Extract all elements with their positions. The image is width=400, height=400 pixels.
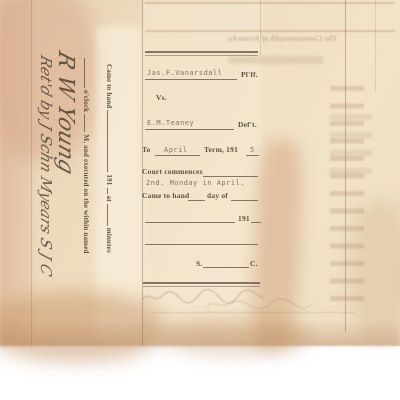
bleed-through-rule bbox=[150, 312, 355, 313]
date-blank bbox=[145, 222, 235, 223]
day-of-label: day of bbox=[207, 191, 228, 200]
return-line-1: Came to hand191atminutes bbox=[105, 64, 114, 253]
term-month-typed: April bbox=[164, 146, 188, 154]
signature-blank bbox=[145, 244, 258, 245]
sheriff-c-label: C. bbox=[250, 259, 258, 268]
return-came-to-hand: Came to hand bbox=[105, 64, 113, 108]
form-top-rule bbox=[145, 51, 258, 53]
term-month-underline bbox=[155, 155, 200, 156]
bleed-through-text-block bbox=[330, 114, 372, 184]
form-bottom-rule-2 bbox=[143, 286, 260, 287]
year-prefix-label: 191 bbox=[238, 214, 250, 223]
return-minutes: minutes bbox=[105, 228, 113, 253]
return-blank-5 bbox=[84, 114, 91, 132]
plaintiff-name-typed: Jas.F.Vanarsdall bbox=[147, 69, 222, 77]
court-commences-label: Court commences bbox=[142, 167, 203, 176]
form-top-rule-2 bbox=[145, 55, 258, 56]
to-label: To bbox=[142, 145, 150, 154]
return-blank-1 bbox=[107, 110, 114, 172]
form-bottom-rule bbox=[143, 282, 260, 284]
plaintiff-underline bbox=[145, 79, 237, 80]
return-blank-2 bbox=[107, 188, 114, 194]
return-blank-3 bbox=[107, 204, 114, 226]
day-of-blank bbox=[231, 200, 258, 201]
year-blank bbox=[251, 222, 261, 223]
bleed-through-heading: The Commonwealth of Kentucky, bbox=[214, 34, 350, 43]
stain-bottom-middle bbox=[160, 316, 310, 356]
court-commences-typed: 2nd. Monday in April. bbox=[146, 179, 245, 187]
crease-line-top-right bbox=[375, 0, 376, 92]
return-at: at bbox=[105, 196, 113, 202]
court-commences-underline bbox=[203, 176, 258, 177]
crease-line-top bbox=[260, 0, 261, 56]
term-year-underline bbox=[246, 155, 259, 156]
handwriting-text-1: R W Young bbox=[53, 48, 78, 178]
return-line-2: o'clockM. and executed on the within nam… bbox=[82, 56, 91, 254]
plaintiff-label: Pl'ff. bbox=[241, 70, 258, 79]
return-blank-4 bbox=[84, 58, 91, 88]
bleed-through-handwriting-2 bbox=[205, 297, 315, 311]
sheriff-blank bbox=[203, 267, 249, 268]
bleed-through-smudge bbox=[228, 56, 323, 64]
return-oclock: o'clock bbox=[82, 90, 90, 112]
defendant-label: Def't. bbox=[238, 120, 257, 129]
term-year-typed: 5 bbox=[250, 146, 255, 154]
fold-highlight-band bbox=[96, 26, 142, 346]
return-year: 191 bbox=[105, 174, 113, 185]
handwriting-text-2: Ret'd by J Schn Myears S J C bbox=[37, 53, 55, 279]
term-label: Term, 191 bbox=[204, 145, 238, 154]
vs-label: Vs. bbox=[156, 93, 167, 102]
defendant-name-typed: E.M.Teaney bbox=[147, 119, 194, 127]
came-to-hand-blank bbox=[188, 200, 205, 201]
scanned-paper: The Commonwealth of Kentucky, Jas.F.Vana… bbox=[0, 0, 400, 346]
handwritten-signature-2: Ret'd by J Schn Myears S J C bbox=[37, 56, 55, 276]
stain-bottom-left bbox=[0, 292, 163, 362]
paper-fold-flap bbox=[0, 0, 34, 346]
defendant-underline bbox=[145, 129, 234, 130]
stain-center bbox=[249, 139, 306, 351]
fold-line-left bbox=[31, 0, 32, 346]
return-executed: M. and executed on the within named bbox=[82, 134, 90, 253]
bleed-rule-upper bbox=[145, 30, 395, 32]
handwritten-signature-1: R W Young bbox=[53, 52, 78, 173]
screenshot-root: The Commonwealth of Kentucky, Jas.F.Vana… bbox=[0, 0, 400, 400]
bleed-rule-top bbox=[145, 2, 395, 4]
sheriff-s-label: S. bbox=[196, 259, 202, 268]
paper-bottom-shadow bbox=[0, 320, 400, 346]
came-to-hand-label: Came to hand bbox=[142, 191, 189, 200]
